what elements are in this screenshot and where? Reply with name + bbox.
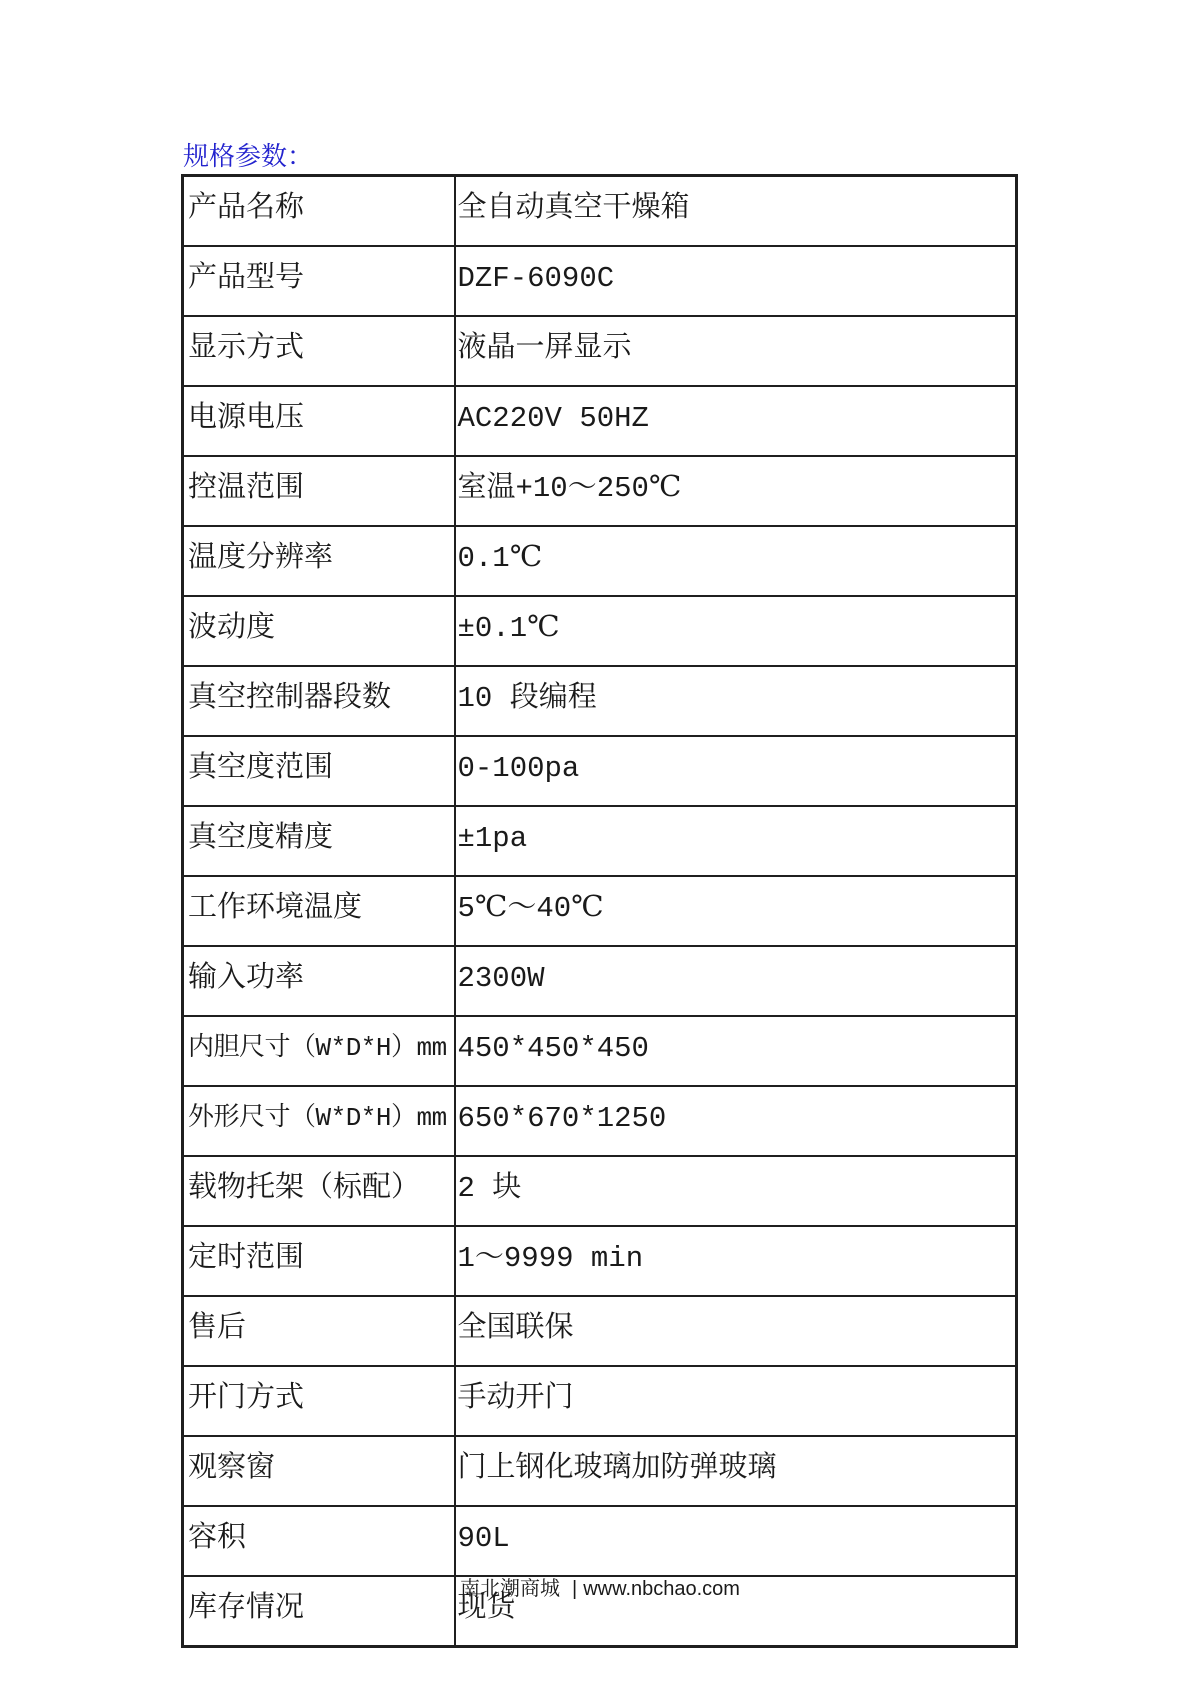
spec-value-cell: 90L	[455, 1506, 1017, 1576]
spec-row: 真空度范围0-100pa	[183, 736, 1017, 806]
spec-label-cell: 控温范围	[183, 456, 455, 526]
spec-label-cell: 开门方式	[183, 1366, 455, 1436]
spec-label-cell: 温度分辨率	[183, 526, 455, 596]
spec-label-cell: 容积	[183, 1506, 455, 1576]
page-footer: 南北潮商城|www.nbchao.com	[0, 1572, 1200, 1601]
spec-value-cell: 门上钢化玻璃加防弹玻璃	[455, 1436, 1017, 1506]
spec-value-cell: 手动开门	[455, 1366, 1017, 1436]
spec-label-cell: 外形尺寸（W*D*H）mm	[183, 1086, 455, 1156]
spec-label-cell: 波动度	[183, 596, 455, 666]
spec-row: 容积90L	[183, 1506, 1017, 1576]
footer-separator: |	[572, 1578, 577, 1600]
section-heading: 规格参数：	[183, 143, 313, 172]
footer-site-name: 南北潮商城	[460, 1578, 560, 1600]
spec-value-cell: 全国联保	[455, 1296, 1017, 1366]
spec-row: 定时范围1～9999 min	[183, 1226, 1017, 1296]
spec-row: 真空控制器段数10 段编程	[183, 666, 1017, 736]
spec-row: 显示方式液晶一屏显示	[183, 316, 1017, 386]
spec-value-cell: 1～9999 min	[455, 1226, 1017, 1296]
spec-label-cell: 产品型号	[183, 246, 455, 316]
spec-row: 开门方式手动开门	[183, 1366, 1017, 1436]
spec-label-cell: 定时范围	[183, 1226, 455, 1296]
spec-value-cell: 2300W	[455, 946, 1017, 1016]
spec-label-cell: 产品名称	[183, 176, 455, 247]
spec-row: 售后全国联保	[183, 1296, 1017, 1366]
spec-row: 工作环境温度5℃～40℃	[183, 876, 1017, 946]
spec-label-cell: 售后	[183, 1296, 455, 1366]
spec-table-body: 产品名称全自动真空干燥箱产品型号DZF-6090C显示方式液晶一屏显示电源电压A…	[183, 176, 1017, 1647]
spec-value-cell: 450*450*450	[455, 1016, 1017, 1086]
spec-row: 波动度±0.1℃	[183, 596, 1017, 666]
spec-row: 控温范围室温+10～250℃	[183, 456, 1017, 526]
spec-label-cell: 观察窗	[183, 1436, 455, 1506]
spec-value-cell: DZF-6090C	[455, 246, 1017, 316]
spec-label-cell: 电源电压	[183, 386, 455, 456]
spec-table: 产品名称全自动真空干燥箱产品型号DZF-6090C显示方式液晶一屏显示电源电压A…	[181, 174, 1018, 1648]
footer-url: www.nbchao.com	[583, 1578, 740, 1600]
spec-value-cell: 0.1℃	[455, 526, 1017, 596]
spec-label-cell: 显示方式	[183, 316, 455, 386]
spec-row: 观察窗门上钢化玻璃加防弹玻璃	[183, 1436, 1017, 1506]
spec-row: 真空度精度±1pa	[183, 806, 1017, 876]
spec-label-cell: 输入功率	[183, 946, 455, 1016]
spec-label-cell: 工作环境温度	[183, 876, 455, 946]
spec-label-cell: 内胆尺寸（W*D*H）mm	[183, 1016, 455, 1086]
spec-value-cell: ±1pa	[455, 806, 1017, 876]
spec-value-cell: 全自动真空干燥箱	[455, 176, 1017, 247]
spec-label-cell: 真空度范围	[183, 736, 455, 806]
spec-sheet-page: 规格参数： 产品名称全自动真空干燥箱产品型号DZF-6090C显示方式液晶一屏显…	[0, 0, 1200, 1697]
spec-row: 温度分辨率0.1℃	[183, 526, 1017, 596]
spec-row: 产品型号DZF-6090C	[183, 246, 1017, 316]
spec-value-cell: 室温+10～250℃	[455, 456, 1017, 526]
spec-row: 外形尺寸（W*D*H）mm650*670*1250	[183, 1086, 1017, 1156]
spec-row: 电源电压AC220V 50HZ	[183, 386, 1017, 456]
spec-label-cell: 真空度精度	[183, 806, 455, 876]
spec-value-cell: 液晶一屏显示	[455, 316, 1017, 386]
spec-row: 输入功率2300W	[183, 946, 1017, 1016]
spec-value-cell: 5℃～40℃	[455, 876, 1017, 946]
spec-row: 载物托架（标配）2 块	[183, 1156, 1017, 1226]
spec-value-cell: 2 块	[455, 1156, 1017, 1226]
spec-label-cell: 真空控制器段数	[183, 666, 455, 736]
spec-value-cell: 10 段编程	[455, 666, 1017, 736]
spec-label-cell: 载物托架（标配）	[183, 1156, 455, 1226]
spec-row: 内胆尺寸（W*D*H）mm450*450*450	[183, 1016, 1017, 1086]
spec-value-cell: AC220V 50HZ	[455, 386, 1017, 456]
spec-value-cell: 0-100pa	[455, 736, 1017, 806]
spec-value-cell: ±0.1℃	[455, 596, 1017, 666]
spec-row: 产品名称全自动真空干燥箱	[183, 176, 1017, 247]
spec-value-cell: 650*670*1250	[455, 1086, 1017, 1156]
